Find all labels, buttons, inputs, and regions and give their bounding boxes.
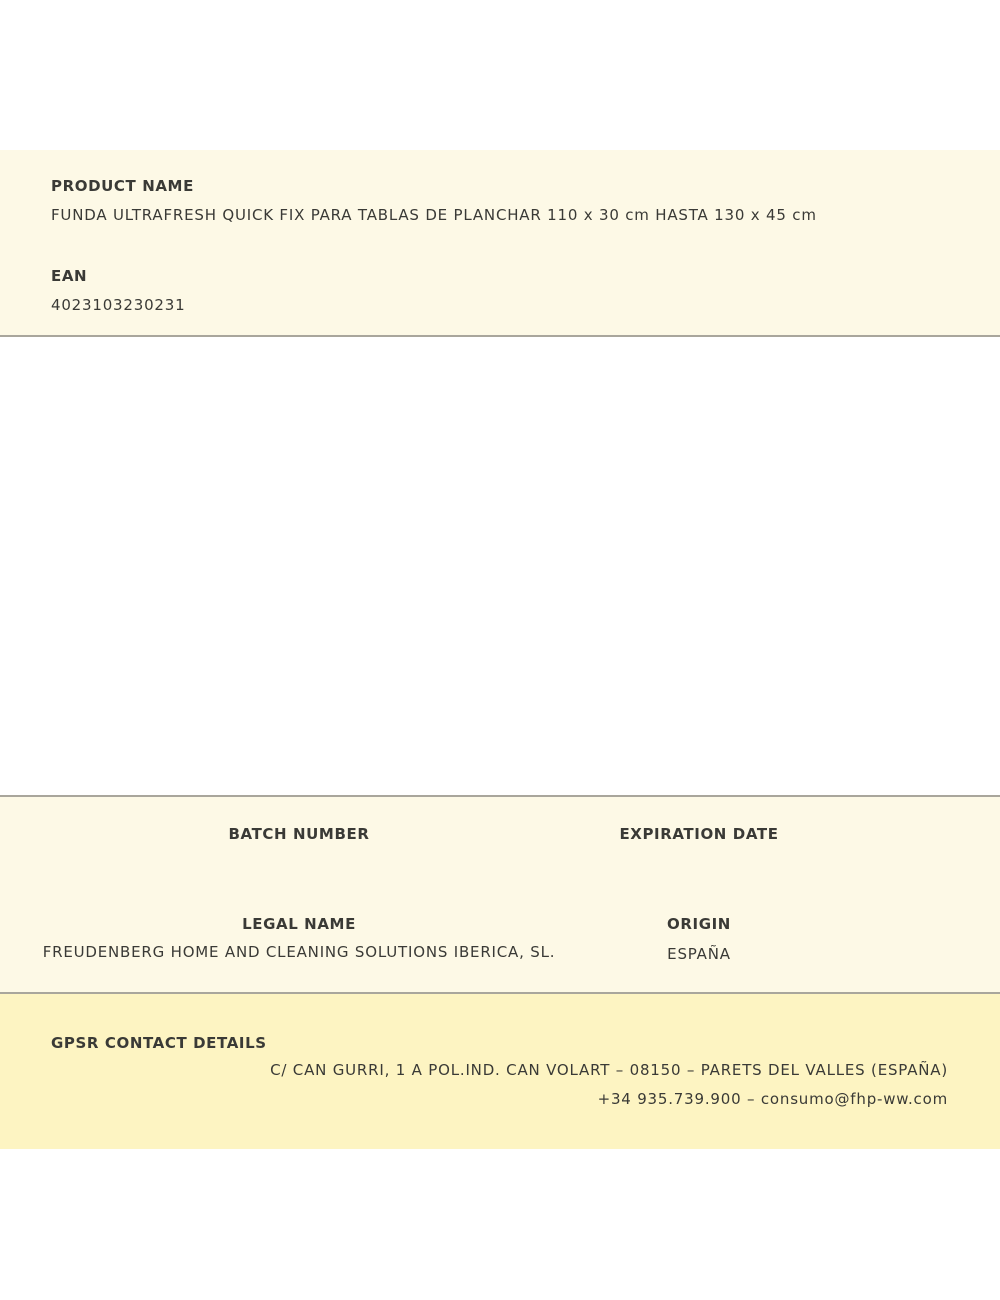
- batch-number-label: BATCH NUMBER: [229, 825, 370, 843]
- origin-label: ORIGIN: [667, 915, 731, 933]
- product-section: PRODUCT NAME FUNDA ULTRAFRESH QUICK FIX …: [0, 150, 1000, 335]
- expiration-date-label: EXPIRATION DATE: [619, 825, 778, 843]
- ean-label: EAN: [51, 267, 87, 285]
- gpsr-address: C/ CAN GURRI, 1 A POL.IND. CAN VOLART – …: [270, 1061, 948, 1079]
- gpsr-phone-email: +34 935.739.900 – consumo@fhp-ww.com: [598, 1090, 948, 1108]
- origin-value: ESPAÑA: [667, 945, 731, 963]
- details-section: BATCH NUMBER EXPIRATION DATE LEGAL NAME …: [0, 797, 1000, 992]
- product-name-value: FUNDA ULTRAFRESH QUICK FIX PARA TABLAS D…: [51, 206, 817, 224]
- gpsr-section: GPSR CONTACT DETAILS C/ CAN GURRI, 1 A P…: [0, 994, 1000, 1149]
- product-name-label: PRODUCT NAME: [51, 177, 194, 195]
- legal-name-label: LEGAL NAME: [242, 915, 356, 933]
- ean-value: 4023103230231: [51, 296, 185, 314]
- divider: [0, 335, 1000, 337]
- gpsr-contact-label: GPSR CONTACT DETAILS: [51, 1034, 267, 1052]
- legal-name-value: FREUDENBERG HOME AND CLEANING SOLUTIONS …: [43, 943, 556, 961]
